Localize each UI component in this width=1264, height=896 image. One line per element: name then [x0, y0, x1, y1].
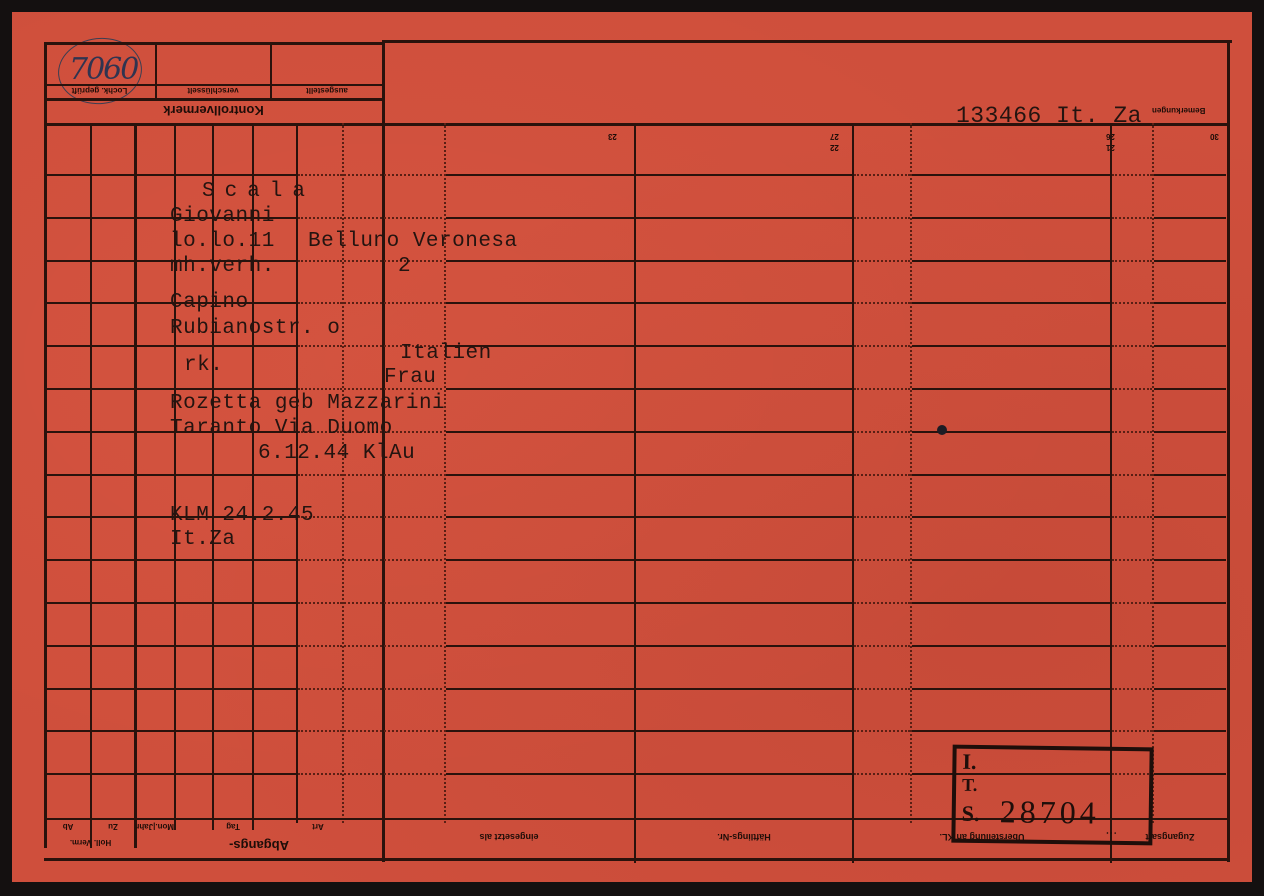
grid-row-line: [854, 645, 910, 647]
grid-row-line: [298, 645, 342, 647]
grid-row-line: [1112, 645, 1152, 647]
grid-row-line: [446, 217, 634, 219]
divider: [270, 42, 272, 98]
grid-row-line: [298, 730, 342, 732]
grid-row-line: [46, 730, 90, 732]
grid-row-line: [46, 602, 90, 604]
grid-row-line: [912, 645, 1110, 647]
grid-row-line: [912, 260, 1110, 262]
grid-row-line: [854, 688, 910, 690]
grid-row-line: [92, 345, 134, 347]
grid-row-line: [92, 431, 134, 433]
label-tag: Tag: [214, 822, 252, 831]
stamp-letter-t: T.: [962, 775, 977, 796]
grid-row-line: [636, 645, 852, 647]
grid-row-line: [298, 388, 342, 390]
grid-row-line: [1112, 516, 1152, 518]
ink-spot: [937, 425, 947, 435]
grid-row-line: [854, 730, 910, 732]
grid-row-line: [1154, 730, 1226, 732]
stamp-letter-i: I.: [962, 749, 976, 775]
grid-row-line: [854, 217, 910, 219]
grid-row-line: [92, 388, 134, 390]
grid-row-line: [636, 688, 852, 690]
grid-row-line: [298, 302, 342, 304]
grid-row-line: [1154, 474, 1226, 476]
grid-row-line: [912, 388, 1110, 390]
stamp-trailing-dots: ...: [1105, 821, 1117, 837]
grid-row-line: [1112, 217, 1152, 219]
grid-row-line: [636, 602, 852, 604]
grid-row-line: [136, 688, 296, 690]
grid-row-line: [344, 174, 442, 176]
grid-row-line: [136, 388, 296, 390]
grid-row-line: [912, 302, 1110, 304]
grid-row-line: [912, 217, 1110, 219]
grid-row-line: [854, 260, 910, 262]
grid-row-line: [446, 645, 634, 647]
grid-row-line: [854, 431, 910, 433]
grid-row-line: [912, 688, 1110, 690]
divider: [155, 42, 157, 98]
grid-row-line: [1112, 388, 1152, 390]
grid-row-line: [854, 602, 910, 604]
grid-row-line: [298, 345, 342, 347]
grid-row-line: [1154, 602, 1226, 604]
prisoner-registration-card: 7060 Lochk. geprüft verschlüsselt ausges…: [12, 12, 1252, 882]
grid-row-line: [46, 431, 90, 433]
grid-row-line: [46, 302, 90, 304]
grid-row-line: [344, 474, 442, 476]
occupation: Capino: [170, 291, 249, 314]
grid-row-line: [446, 174, 634, 176]
grid-row-line: [636, 431, 852, 433]
grid-row-line: [1112, 302, 1152, 304]
grid-row-line: [1154, 388, 1226, 390]
grid-row-line: [136, 345, 296, 347]
next-of-kin-name: Rozetta geb Mazzarini: [170, 392, 445, 415]
grid-row-line: [854, 773, 910, 775]
grid-row-line: [1154, 773, 1226, 775]
grid-row-line: [1154, 260, 1226, 262]
col-number-23: 23: [608, 132, 617, 141]
grid-row-line: [344, 260, 442, 262]
divider: [90, 123, 92, 848]
birth-date: lo.lo.11: [170, 230, 275, 253]
grid-row-line: [92, 602, 134, 604]
grid-row-line: [344, 559, 442, 561]
next-of-kin-address: Taranto Via Duomo: [170, 417, 393, 440]
grid-row-line: [298, 773, 342, 775]
grid-row-line: [1154, 345, 1226, 347]
grid-row-line: [446, 260, 634, 262]
grid-row-line: [344, 302, 442, 304]
grid-row-line: [912, 345, 1110, 347]
grid-row-line: [1154, 174, 1226, 176]
grid-row-line: [636, 474, 852, 476]
grid-row-line: [136, 773, 296, 775]
grid-row-line: [912, 602, 1110, 604]
grid-row-line: [92, 645, 134, 647]
grid-row-line: [1112, 730, 1152, 732]
grid-row-line: [1112, 174, 1152, 176]
grid-row-line: [912, 516, 1110, 518]
surname: Scala: [202, 180, 315, 203]
grid-row-line: [298, 559, 342, 561]
address: Rubianostr. o: [170, 317, 340, 340]
divider: [44, 858, 1229, 861]
grid-row-line: [854, 388, 910, 390]
grid-row-line: [46, 559, 90, 561]
grid-row-line: [92, 688, 134, 690]
marital-status: mh.verh.: [170, 255, 275, 278]
grid-row-line: [136, 559, 296, 561]
grid-row-line: [912, 174, 1110, 176]
grid-row-line: [298, 174, 342, 176]
grid-row-line: [1154, 302, 1226, 304]
grid-row-line: [854, 516, 910, 518]
grid-row-line: [136, 645, 296, 647]
grid-row-line: [92, 773, 134, 775]
label-ausgestellt: ausgestellt: [273, 86, 381, 95]
col-number-22: 22: [830, 143, 839, 152]
grid-row-line: [854, 174, 910, 176]
grid-row-line: [636, 345, 852, 347]
first-name: Giovanni: [170, 205, 275, 228]
next-of-kin-relation: Frau: [384, 366, 436, 389]
grid-row-line: [1154, 431, 1226, 433]
grid-row-line: [912, 474, 1110, 476]
grid-row-line: [636, 260, 852, 262]
grid-row-line: [636, 773, 852, 775]
divider: [634, 123, 636, 863]
religion: rk.: [184, 354, 223, 377]
grid-row-line: [136, 474, 296, 476]
grid-row-line: [92, 516, 134, 518]
grid-row-line: [46, 174, 90, 176]
divider: [382, 40, 1232, 43]
grid-row-line: [92, 302, 134, 304]
grid-row-line: [636, 516, 852, 518]
grid-row-line: [854, 345, 910, 347]
divider: [1227, 40, 1230, 862]
children-count: 2: [398, 255, 411, 278]
arrival-entry: 6.12.44 KlAu: [258, 442, 415, 465]
grid-row-line: [446, 431, 634, 433]
grid-row-line: [636, 730, 852, 732]
col-number-27: 27: [830, 132, 839, 141]
departure-note: It.Za: [170, 528, 236, 551]
grid-row-line: [1112, 474, 1152, 476]
grid-row-line: [1112, 688, 1152, 690]
label-holl-verm: Holl. Verm.: [48, 838, 133, 847]
grid-row-line: [1112, 602, 1152, 604]
grid-row-line: [46, 345, 90, 347]
grid-row-line: [854, 474, 910, 476]
grid-row-line: [446, 688, 634, 690]
grid-row-line: [446, 516, 634, 518]
grid-row-line: [298, 217, 342, 219]
grid-row-line: [298, 688, 342, 690]
label-zu: Zu: [94, 822, 132, 831]
grid-row-line: [446, 730, 634, 732]
divider: [174, 818, 176, 830]
grid-row-line: [446, 773, 634, 775]
grid-row-line: [344, 773, 442, 775]
grid-row-line: [854, 302, 910, 304]
col-number-30: 30: [1210, 132, 1219, 141]
divider: [134, 123, 137, 848]
grid-row-line: [46, 388, 90, 390]
grid-row-line: [1154, 688, 1226, 690]
grid-row-line: [92, 559, 134, 561]
grid-row-line: [92, 474, 134, 476]
grid-row-line: [446, 602, 634, 604]
grid-row-line: [912, 730, 1110, 732]
grid-row-line: [46, 474, 90, 476]
label-eingesetzt-als: eingesetzt als: [386, 832, 632, 842]
grid-row-line: [136, 602, 296, 604]
grid-row-line: [298, 602, 342, 604]
divider: [852, 123, 854, 863]
divider: [44, 98, 384, 101]
grid-row-line: [1112, 345, 1152, 347]
grid-row-line: [298, 260, 342, 262]
grid-row-line: [46, 645, 90, 647]
grid-row-line: [92, 174, 134, 176]
label-ab: Ab: [48, 822, 88, 831]
grid-row-line: [1154, 559, 1226, 561]
grid-row-line: [636, 388, 852, 390]
grid-row-line: [344, 730, 442, 732]
grid-row-line: [446, 474, 634, 476]
label-mon-jahr: Mon.|Jahr: [138, 822, 174, 831]
label-haeftlings-nr: Häftlings-Nr.: [638, 832, 850, 842]
divider: [252, 818, 254, 830]
divider: [44, 42, 47, 848]
nationality: Italien: [400, 342, 492, 365]
grid-row-line: [344, 217, 442, 219]
grid-row-line: [1154, 645, 1226, 647]
grid-row-line: [1112, 431, 1152, 433]
grid-row-line: [92, 730, 134, 732]
departure-entry: KLM 24.2.45: [170, 504, 314, 527]
grid-row-line: [46, 688, 90, 690]
remarks-value: 133466 It. Za: [956, 103, 1142, 129]
grid-row-line: [446, 388, 634, 390]
stamp-letter-s: S.: [962, 801, 980, 827]
grid-row-line: [1112, 559, 1152, 561]
grid-row-line: [636, 559, 852, 561]
grid-row-line: [854, 559, 910, 561]
grid-row-line: [344, 602, 442, 604]
grid-row-line: [636, 217, 852, 219]
grid-row-line: [344, 688, 442, 690]
stamp-number: 28704: [1000, 793, 1101, 831]
grid-row-line: [344, 645, 442, 647]
label-lochk-geprueft: Lochk. geprüft: [46, 86, 153, 95]
birth-place: Belluno Veronesa: [308, 230, 518, 253]
grid-row-line: [136, 730, 296, 732]
grid-row-line: [46, 217, 90, 219]
grid-row-line: [136, 174, 296, 176]
grid-row-line: [1154, 217, 1226, 219]
grid-row-line: [446, 559, 634, 561]
grid-row-line: [92, 260, 134, 262]
grid-row-line: [298, 474, 342, 476]
grid-row-line: [636, 302, 852, 304]
handwritten-note: 7060: [69, 52, 137, 87]
grid-row-line: [92, 217, 134, 219]
grid-row-line: [1112, 260, 1152, 262]
label-verschluesselt: verschlüsselt: [158, 86, 268, 95]
label-kontrollvermerk: Kontrollvermerk: [46, 103, 381, 118]
grid-row-line: [46, 516, 90, 518]
label-bemerkungen: Bemerkungen: [1152, 106, 1205, 115]
label-abgangs: Abgangs-: [138, 838, 380, 853]
its-stamp: I. T. S. 28704 ...: [951, 745, 1153, 846]
grid-row-line: [636, 174, 852, 176]
label-art: Art: [256, 822, 380, 831]
grid-row-line: [446, 302, 634, 304]
grid-row-line: [46, 773, 90, 775]
divider: [44, 42, 384, 45]
grid-row-line: [1154, 516, 1226, 518]
grid-row-line: [344, 516, 442, 518]
grid-row-line: [912, 559, 1110, 561]
grid-row-line: [46, 260, 90, 262]
